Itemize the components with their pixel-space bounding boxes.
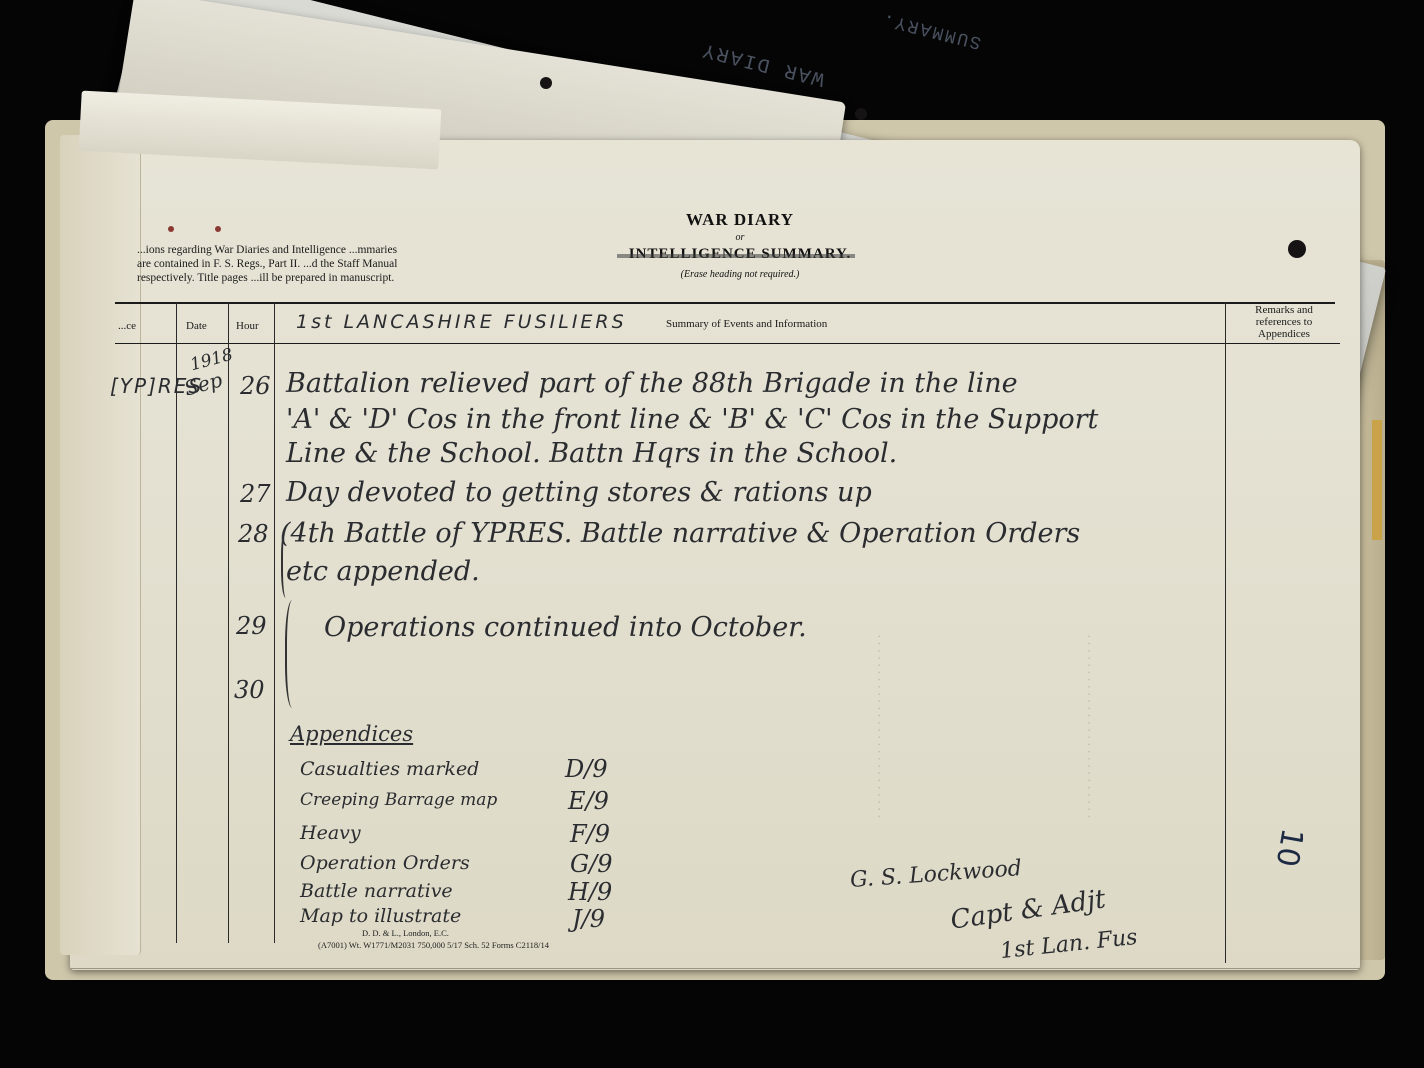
appendix-item: Operation Orders	[300, 852, 470, 874]
entry-line: Operations continued into October.	[324, 612, 807, 643]
day-27: 27	[240, 480, 271, 508]
header-remarks: Remarks and references to Appendices	[1236, 304, 1332, 340]
form-number: (A7001) Wt. W1771/M2031 750,000 5/17 Sch…	[318, 940, 549, 950]
printer-imprint: D. D. & L., London, E.C.	[362, 928, 449, 938]
bleed-through-text: ..........................	[1080, 520, 1094, 820]
punch-hole	[1288, 240, 1306, 258]
bleed-through-text: ..........................	[870, 520, 884, 820]
bracket-mark	[281, 528, 293, 598]
day-29: 29	[236, 612, 267, 640]
table-top-rule	[115, 302, 1335, 304]
header-bottom-rule	[115, 343, 1340, 344]
appendix-code: D/9	[565, 755, 608, 783]
page-curl-left	[60, 135, 141, 955]
title-note: (Erase heading not required.)	[560, 269, 920, 280]
pin-mark	[215, 226, 221, 232]
form-title: WAR DIARY or INTELLIGENCE SUMMARY. (Eras…	[560, 210, 920, 280]
column-divider	[176, 303, 177, 943]
entry-line: 'A' & 'D' Cos in the front line & 'B' & …	[286, 404, 1098, 435]
binding-tab	[1372, 420, 1382, 540]
punch-hole	[855, 108, 867, 120]
appendix-code: G/9	[570, 850, 613, 878]
entry-line: etc appended.	[286, 556, 480, 587]
column-divider	[228, 303, 229, 943]
entry-line: Line & the School. Battn Hqrs in the Sch…	[286, 438, 897, 469]
entry-line: Day devoted to getting stores & rations …	[286, 477, 872, 508]
day-26: 26	[240, 372, 271, 400]
header-hour: Hour	[236, 320, 259, 332]
appendices-heading: Appendices	[290, 722, 413, 746]
unit-name: 1st LANCASHIRE FUSILIERS	[296, 311, 627, 333]
appendix-code: F/9	[570, 820, 610, 848]
title-intelligence-summary: INTELLIGENCE SUMMARY.	[629, 246, 851, 263]
column-divider	[274, 303, 275, 943]
title-or: or	[560, 232, 920, 243]
title-war-diary: WAR DIARY	[560, 210, 920, 230]
punch-hole	[540, 77, 552, 89]
appendix-code: E/9	[568, 787, 609, 815]
appendix-code: J/9	[572, 905, 605, 933]
column-divider	[1225, 303, 1226, 963]
bracket-mark	[285, 600, 303, 708]
form-instructions: ...ions regarding War Diaries and Intell…	[137, 243, 399, 285]
appendix-item: Creeping Barrage map	[300, 790, 497, 810]
header-summary: Summary of Events and Information	[666, 318, 827, 330]
appendix-item: Heavy	[300, 822, 361, 844]
entry-line: (4th Battle of YPRES. Battle narrative &…	[280, 518, 1080, 549]
appendix-item: Battle narrative	[300, 880, 453, 902]
header-date: Date	[186, 320, 207, 332]
day-30: 30	[234, 676, 265, 704]
appendix-item: Casualties marked	[300, 758, 479, 780]
page-number: 10	[1269, 826, 1310, 870]
page-bottom-edge	[70, 968, 1360, 969]
entry-line: Battalion relieved part of the 88th Brig…	[286, 368, 1018, 399]
day-28: 28	[238, 520, 269, 548]
appendix-item: Map to illustrate	[300, 905, 461, 927]
header-place: ...ce	[118, 320, 136, 332]
appendix-code: H/9	[568, 878, 612, 906]
upside-down-subtitle: SUMMARY.	[879, 8, 983, 52]
pin-mark	[168, 226, 174, 232]
